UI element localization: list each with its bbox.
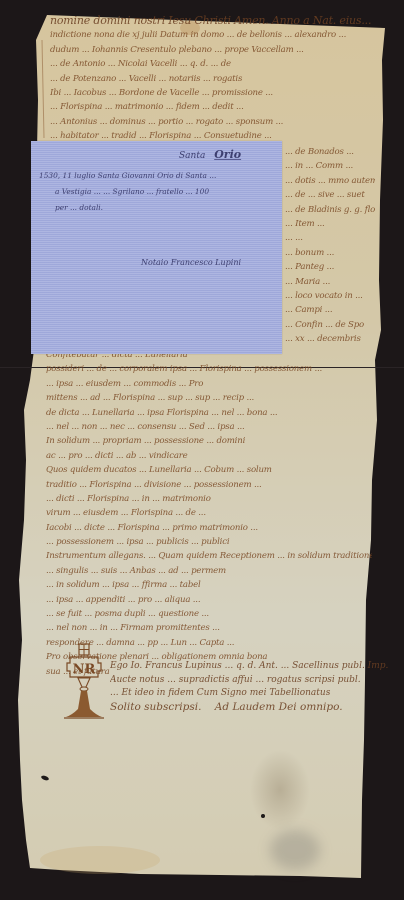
- deed-line: ... dicti ... Florispina ... in ... matr…: [46, 492, 372, 506]
- deed-line: ac ... pro ... dicti ... ab ... vindicar…: [46, 449, 372, 463]
- subscription-line: ... Et ideo in fidem Cum Signo mei Tabel…: [110, 687, 388, 701]
- deed-line: nomine domini nostri Iesu Christi Amen. …: [50, 14, 376, 28]
- deed-line: ... singulis ... suis ... Anbas ... ad .…: [46, 564, 372, 578]
- deed-line: ... Panteg ...: [285, 260, 375, 274]
- deed-line: ... in solidum ... ipsa ... ffirma ... t…: [46, 578, 372, 592]
- deed-line: ... de ... sive ... suet: [285, 188, 375, 202]
- deed-line: ... de Bladinis g. g. flo: [285, 203, 375, 217]
- deed-line: ... de Potenzano ... Vacelli ... notarii…: [50, 72, 376, 86]
- deed-line: In solidum ... propriam ... possessione …: [46, 434, 372, 448]
- note-line: 1530, 11 luglio Santa Giovanni Orio di S…: [39, 171, 216, 180]
- deed-line: ... se fuit ... posma dupli ... question…: [46, 607, 372, 621]
- deed-line: ... de Bonados ...: [285, 145, 375, 159]
- deed-text-right-column: ... de Bonados ... ... in ... Comm ... .…: [285, 145, 375, 346]
- deed-line: ... ipsa ... eiusdem ... commodis ... Pr…: [46, 377, 372, 391]
- deed-line: ... ...: [285, 231, 375, 245]
- deed-text-lower: Confitebatur ... dicta ... Lunellaria po…: [46, 348, 372, 679]
- subscription-last-line: Solito subscripsi.: [110, 701, 201, 713]
- deed-line: ... de Antonio ... Nicolai Vacelli ... q…: [50, 57, 376, 71]
- deed-line: de dicta ... Lunellaria ... ipsa Florisp…: [46, 406, 372, 420]
- deed-line: Ibi ... Iacobus ... Bordone de Vacelle .…: [50, 86, 376, 100]
- deed-line: ... Florispina ... matrimonio ... fidem …: [50, 100, 376, 114]
- deed-line: Iacobi ... dicte ... Florispina ... prim…: [46, 521, 372, 535]
- deed-line: possideri ... de ... corporalem ipsa ...…: [46, 362, 372, 376]
- deed-line: ... possessionem ... ipsa ... publicis .…: [46, 535, 372, 549]
- subscription-line: Solito subscripsi. Ad Laudem Dei omnipo.: [110, 701, 388, 715]
- deed-line: ... bonum ...: [285, 246, 375, 260]
- subscription-line: Aucte notus ... supradictis affui ... ro…: [110, 674, 388, 688]
- deed-line: ... dotis ... mmo autem: [285, 174, 375, 188]
- deed-line: ... Maria ...: [285, 275, 375, 289]
- deed-line: ... Antonius ... dominus ... portio ... …: [50, 115, 376, 129]
- deed-line: dudum ... Iohannis Cresentulo plebano ..…: [50, 43, 376, 57]
- deed-line: ... in ... Comm ...: [285, 159, 375, 173]
- note-signature: Notaio Francesco Lupini: [141, 258, 241, 267]
- deed-line: ... Confin ... de Spo: [285, 318, 375, 332]
- deed-line: ... Item ...: [285, 217, 375, 231]
- subscription-line: Ego Io. Francus Lupinus ... q. d. Ant. .…: [110, 660, 388, 674]
- deed-line: ... ipsa ... appenditi ... pro ... aliqu…: [46, 593, 372, 607]
- deed-line: ... loco vocato in ...: [285, 289, 375, 303]
- notary-sign-icon: NR: [64, 643, 104, 723]
- note-header-prefix: Santa: [179, 151, 205, 161]
- deed-line: Quos quidem ducatos ... Lunellaria ... C…: [46, 463, 372, 477]
- deed-line: ... xx ... decembris: [285, 332, 375, 346]
- note-header-name: Orio: [214, 148, 241, 161]
- note-line: per ... dotali.: [55, 203, 103, 212]
- deed-line: mittens ... ad ... Florispina ... sup ..…: [46, 391, 372, 405]
- blue-archival-note: Santa Orio 1530, 11 luglio Santa Giovann…: [31, 141, 282, 354]
- closing-formula: Ad Laudem Dei omnipo.: [215, 701, 343, 713]
- deed-line: ... nel non ... in ... Firmam promittent…: [46, 621, 372, 635]
- water-stain: [270, 830, 320, 870]
- note-line: a Vestigia ... ... Sgrilano ... fratello…: [55, 187, 209, 196]
- deed-line: indictione nona die xj julii Datum in do…: [50, 28, 376, 42]
- svg-text:NR: NR: [73, 662, 96, 677]
- ink-blot: [261, 814, 265, 818]
- deed-line: ... nel ... non ... nec ... consensu ...…: [46, 420, 372, 434]
- deed-line: virum ... eiusdem ... Florispina ... de …: [46, 506, 372, 520]
- deed-line: ... Campi ...: [285, 303, 375, 317]
- notary-subscription: Ego Io. Francus Lupinus ... q. d. Ant. .…: [110, 660, 388, 714]
- note-header: Santa Orio: [179, 148, 241, 161]
- deed-line: Instrumentum allegans. ... Quam quidem R…: [46, 549, 372, 563]
- deed-line: traditio ... Florispina ... divisione ..…: [46, 478, 372, 492]
